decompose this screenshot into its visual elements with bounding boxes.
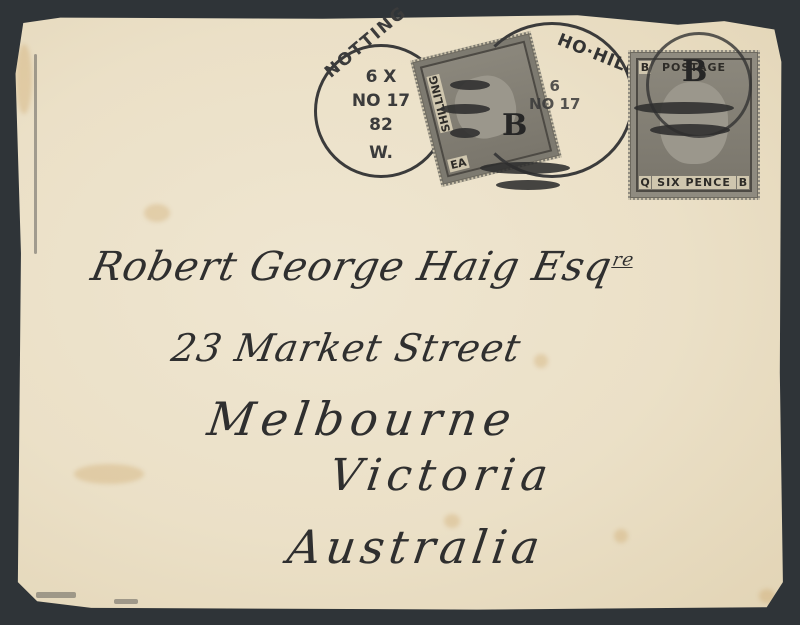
obliterator-bars: B — [430, 60, 610, 190]
address-state: Victoria — [326, 450, 556, 501]
stamp-value-label: SIX PENCE — [652, 176, 736, 189]
stamp-corner-bottom-left: Q — [639, 176, 651, 189]
edge-residue — [114, 599, 138, 604]
foxing-stain — [144, 204, 170, 222]
postmark-district: W. — [317, 143, 445, 163]
address-city: Melbourne — [204, 392, 520, 446]
edge-residue — [34, 54, 37, 254]
recipient-suffix: re — [611, 250, 637, 271]
address-name: Robert George Haig Esqre — [87, 244, 637, 290]
foxing-stain — [16, 44, 32, 114]
foxing-stain — [534, 354, 548, 368]
stamp-corner-bottom-right: B — [737, 176, 749, 189]
address-country: Australia — [284, 520, 548, 574]
address-street: 23 Market Street — [168, 326, 525, 370]
foxing-stain — [759, 589, 775, 603]
obliterator-numeral: B — [502, 108, 527, 143]
foxing-stain — [74, 464, 144, 484]
foxing-stain — [614, 529, 628, 543]
recipient-name: Robert George Haig Esq — [87, 244, 616, 290]
obliterator-numeral-right: B — [682, 54, 707, 89]
obliterator-bars-right: B — [630, 26, 760, 156]
edge-residue — [36, 592, 76, 598]
